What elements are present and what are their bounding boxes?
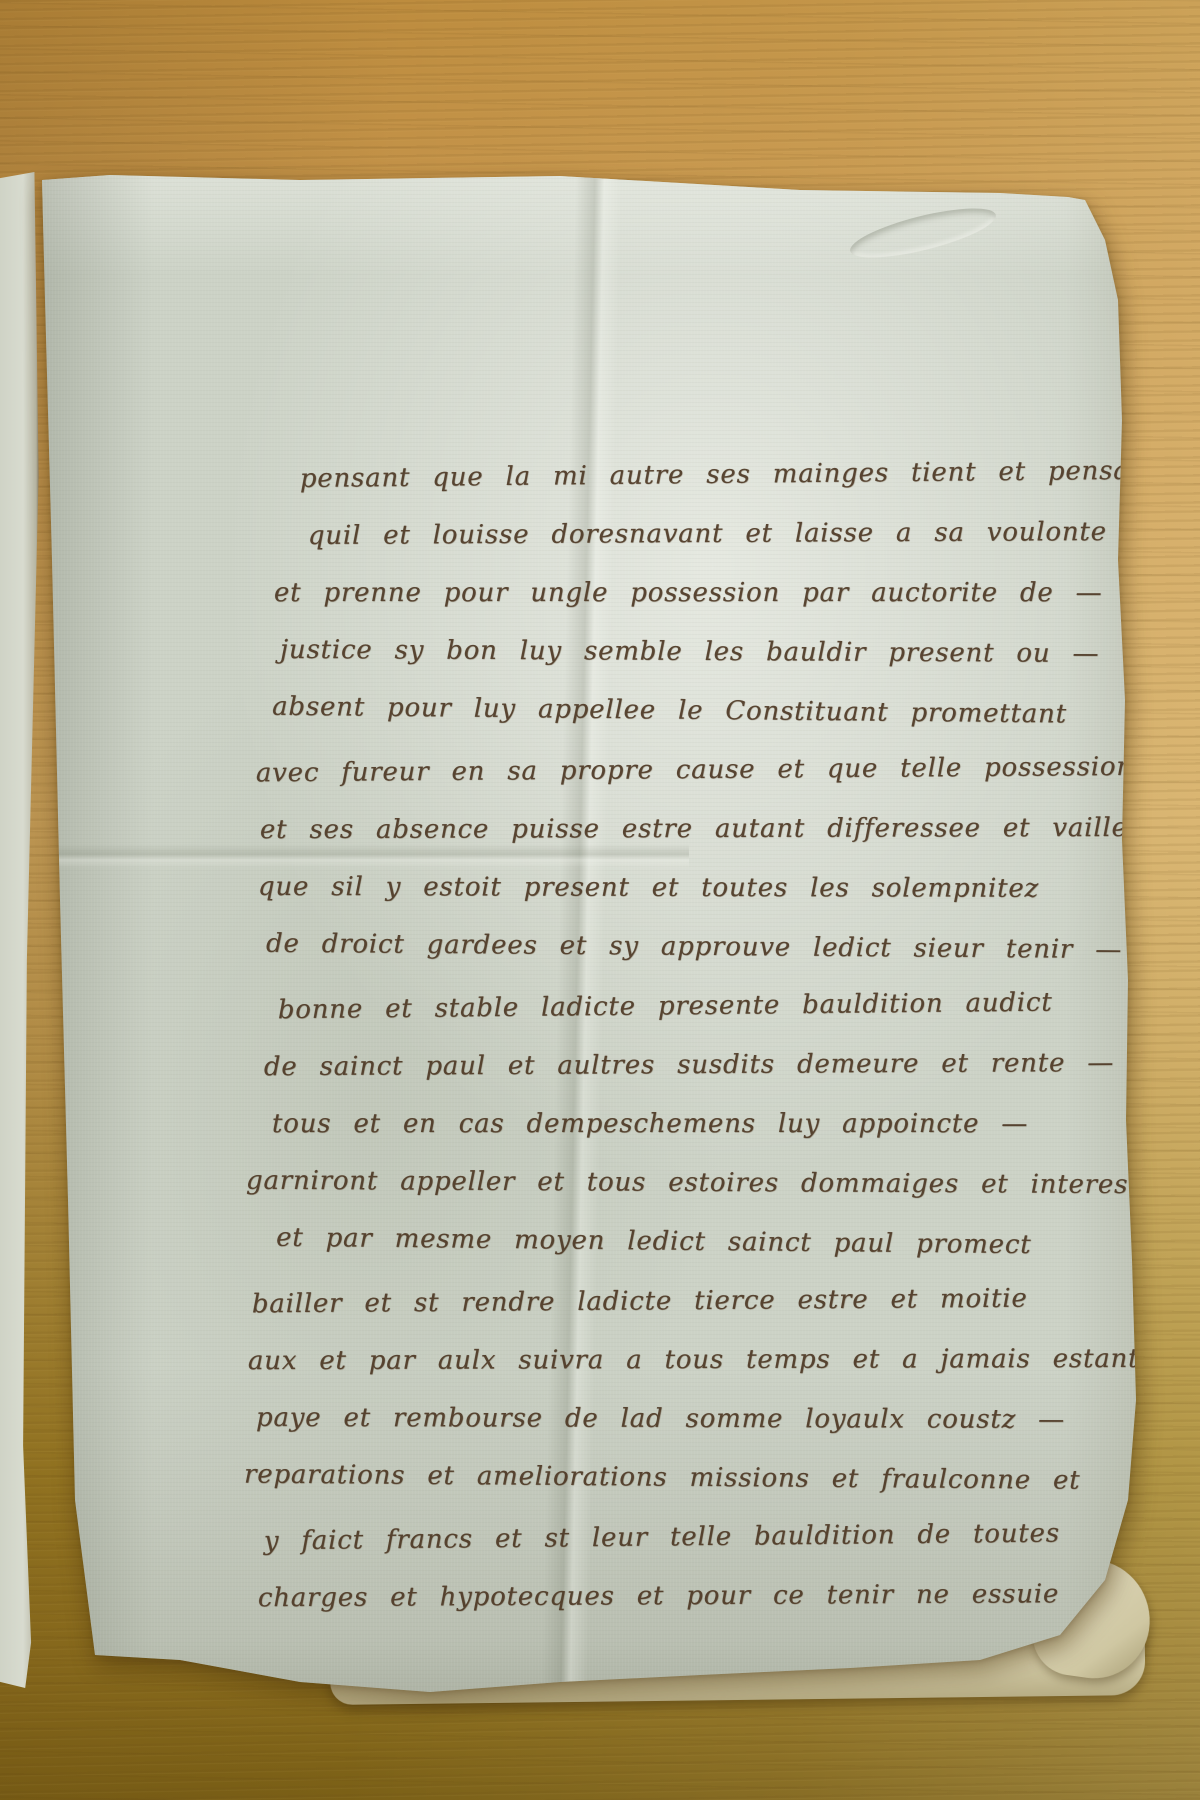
- manuscript-line: que sil y estoit present et toutes les s…: [258, 872, 1138, 933]
- manuscript-line: absent pour luy appellee le Constituant …: [272, 692, 1153, 760]
- manuscript-line: y faict francs et st leur telle baulditi…: [264, 1518, 1145, 1586]
- manuscript-line: tous et en cas dempeschemens luy appoinc…: [272, 1109, 1152, 1168]
- photo-scene: pensant que la mi autre ses mainges tien…: [0, 0, 1200, 1800]
- manuscript-page: pensant que la mi autre ses mainges tien…: [28, 168, 1168, 1703]
- manuscript-line: quil et louisse doresnavant et laisse a …: [308, 517, 1188, 580]
- manuscript-line: justice sy bon luy semble les bauldir pr…: [280, 635, 1160, 698]
- paper-wrinkle: [846, 198, 1000, 267]
- manuscript-line: pensant que la mi autre ses mainges tien…: [300, 455, 1181, 523]
- manuscript-text: pensant que la mi autre ses mainges tien…: [270, 460, 1150, 1640]
- manuscript-line: et par mesme moyen ledict sainct paul pr…: [276, 1223, 1157, 1291]
- manuscript-line: et prenne pour ungle possession par auct…: [274, 578, 1154, 637]
- manuscript-line: garniront appeller et tous estoires domm…: [246, 1166, 1126, 1229]
- manuscript-line: de droict gardees et sy approuve ledict …: [266, 929, 1146, 994]
- manuscript-page-wrapper: pensant que la mi autre ses mainges tien…: [0, 0, 1200, 1800]
- manuscript-line: reparations et ameliorations missions et…: [244, 1460, 1124, 1525]
- manuscript-line: et ses absence puisse estre autant diffe…: [260, 813, 1140, 874]
- manuscript-line: aux et par aulx suivra a tous temps et a…: [248, 1344, 1128, 1405]
- manuscript-line: avec fureur en sa propre cause et que te…: [256, 752, 1136, 817]
- manuscript-line: bailler et st rendre ladicte tierce estr…: [252, 1283, 1132, 1348]
- manuscript-line: paye et rembourse de lad somme loyaulx c…: [256, 1403, 1136, 1464]
- manuscript-line: de sainct paul et aultres susdits demeur…: [264, 1048, 1144, 1111]
- manuscript-line: charges et hypotecques et pour ce tenir …: [258, 1579, 1138, 1642]
- deckled-top-edge: [28, 168, 1168, 174]
- manuscript-line: bonne et stable ladicte presente bauldit…: [278, 987, 1159, 1055]
